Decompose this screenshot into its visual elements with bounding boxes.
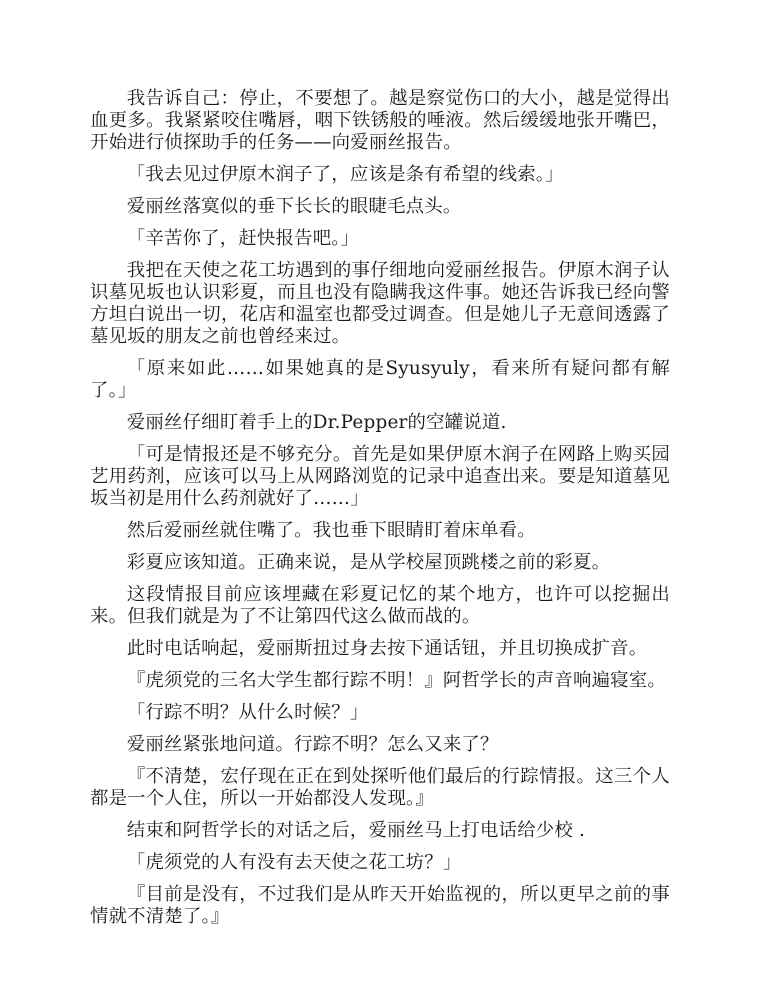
paragraph: 爱丽丝落寞似的垂下长长的眼睫毛点头。 — [90, 196, 670, 218]
paragraph: 「我去见过伊原木润子了，应该是条有希望的线索。」 — [90, 164, 670, 186]
document-page: 我告诉自己：停止，不要想了。越是察觉伤口的大小，越是觉得出血更多。我紧紧咬住嘴唇… — [90, 88, 670, 938]
paragraph: 彩夏应该知道。正确来说，是从学校屋顶跳楼之前的彩夏。 — [90, 552, 670, 574]
paragraph: 然后爱丽丝就住嘴了。我也垂下眼睛盯着床单看。 — [90, 520, 670, 542]
paragraph: 『虎须党的三名大学生都行踪不明！』阿哲学长的声音响遍寝室。 — [90, 670, 670, 692]
paragraph: 「行踪不明？从什么时候？」 — [90, 702, 670, 724]
paragraph: 「原来如此……如果她真的是Syusyuly，看来所有疑问都有解了。」 — [90, 358, 670, 402]
paragraph: 这段情报目前应该埋藏在彩夏记忆的某个地方，也许可以挖掘出来。但我们就是为了不让第… — [90, 584, 670, 628]
paragraph: 此时电话响起，爱丽斯扭过身去按下通话钮，并且切换成扩音。 — [90, 638, 670, 660]
paragraph: 爱丽丝仔细盯着手上的Dr.Pepper的空罐说道. — [90, 412, 670, 434]
paragraph: 我告诉自己：停止，不要想了。越是察觉伤口的大小，越是觉得出血更多。我紧紧咬住嘴唇… — [90, 88, 670, 154]
paragraph: 结束和阿哲学长的对话之后，爱丽丝马上打电话给少校 . — [90, 820, 670, 842]
paragraph: 「虎须党的人有没有去天使之花工坊？」 — [90, 852, 670, 874]
paragraph: 我把在天使之花工坊遇到的事仔细地向爱丽丝报告。伊原木润子认识墓见坂也认识彩夏，而… — [90, 260, 670, 348]
paragraph: 「可是情报还是不够充分。首先是如果伊原木润子在网路上购买园艺用药剂，应该可以马上… — [90, 444, 670, 510]
paragraph: 「辛苦你了，赶快报告吧。」 — [90, 228, 670, 250]
paragraph: 爱丽丝紧张地问道。行踪不明？怎么又来了？ — [90, 734, 670, 756]
paragraph: 『不清楚，宏仔现在正在到处探听他们最后的行踪情报。这三个人都是一个人住，所以一开… — [90, 766, 670, 810]
paragraph: 『目前是没有，不过我们是从昨天开始监视的，所以更早之前的事情就不清楚了。』 — [90, 884, 670, 928]
